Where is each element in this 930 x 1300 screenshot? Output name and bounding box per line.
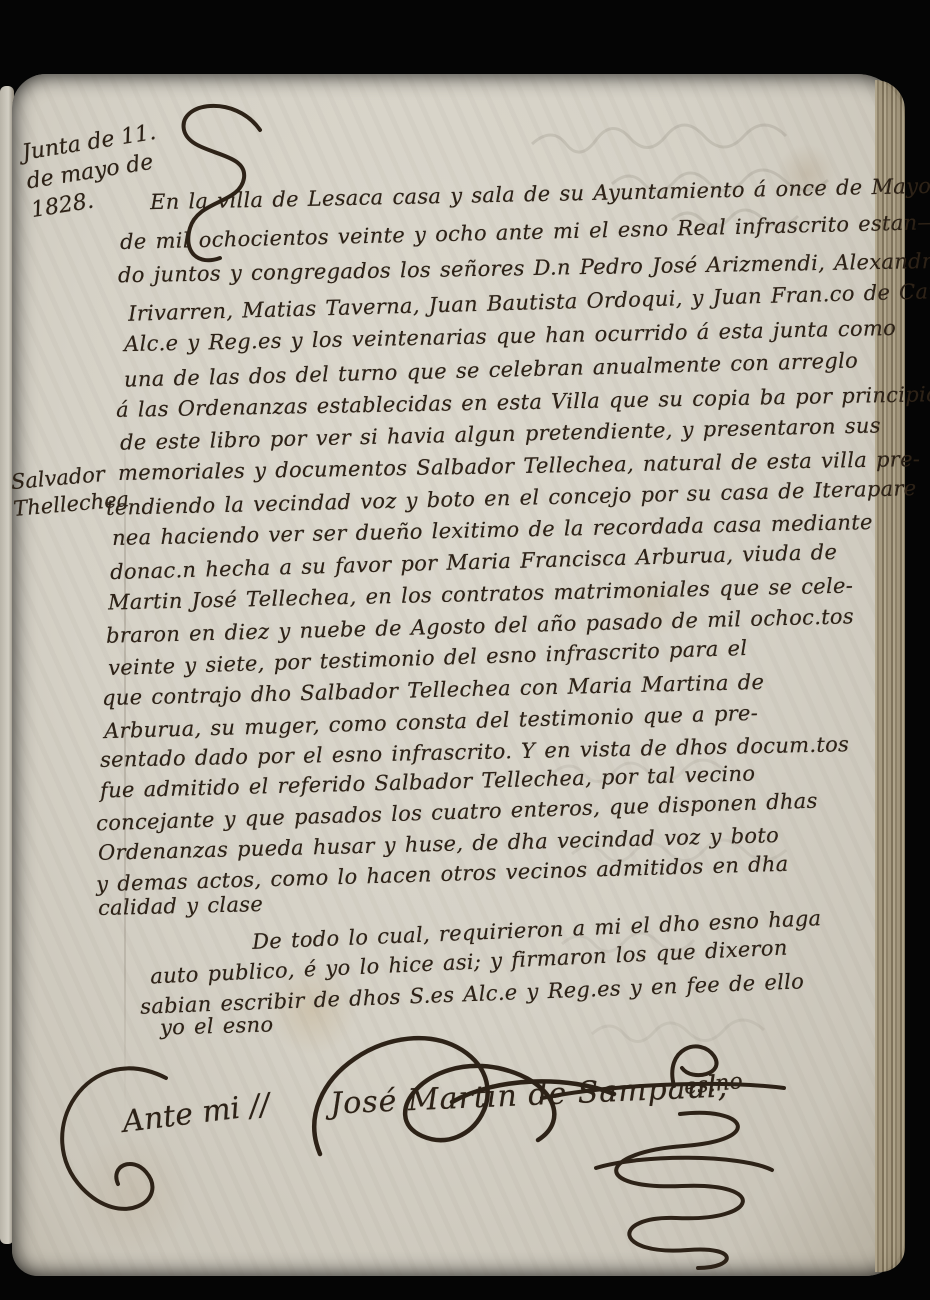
manuscript-line: yo el esno <box>160 1012 274 1039</box>
rubric-spiral-flourish <box>580 1106 780 1276</box>
manuscript-page: Junta de 11. de mayo de 1828. Salvador T… <box>12 74 905 1276</box>
ante-mi-left-flourish <box>48 1054 178 1234</box>
photograph-of-manuscript: Junta de 11. de mayo de 1828. Salvador T… <box>0 0 930 1300</box>
manuscript-line: calidad y clase <box>98 892 264 920</box>
